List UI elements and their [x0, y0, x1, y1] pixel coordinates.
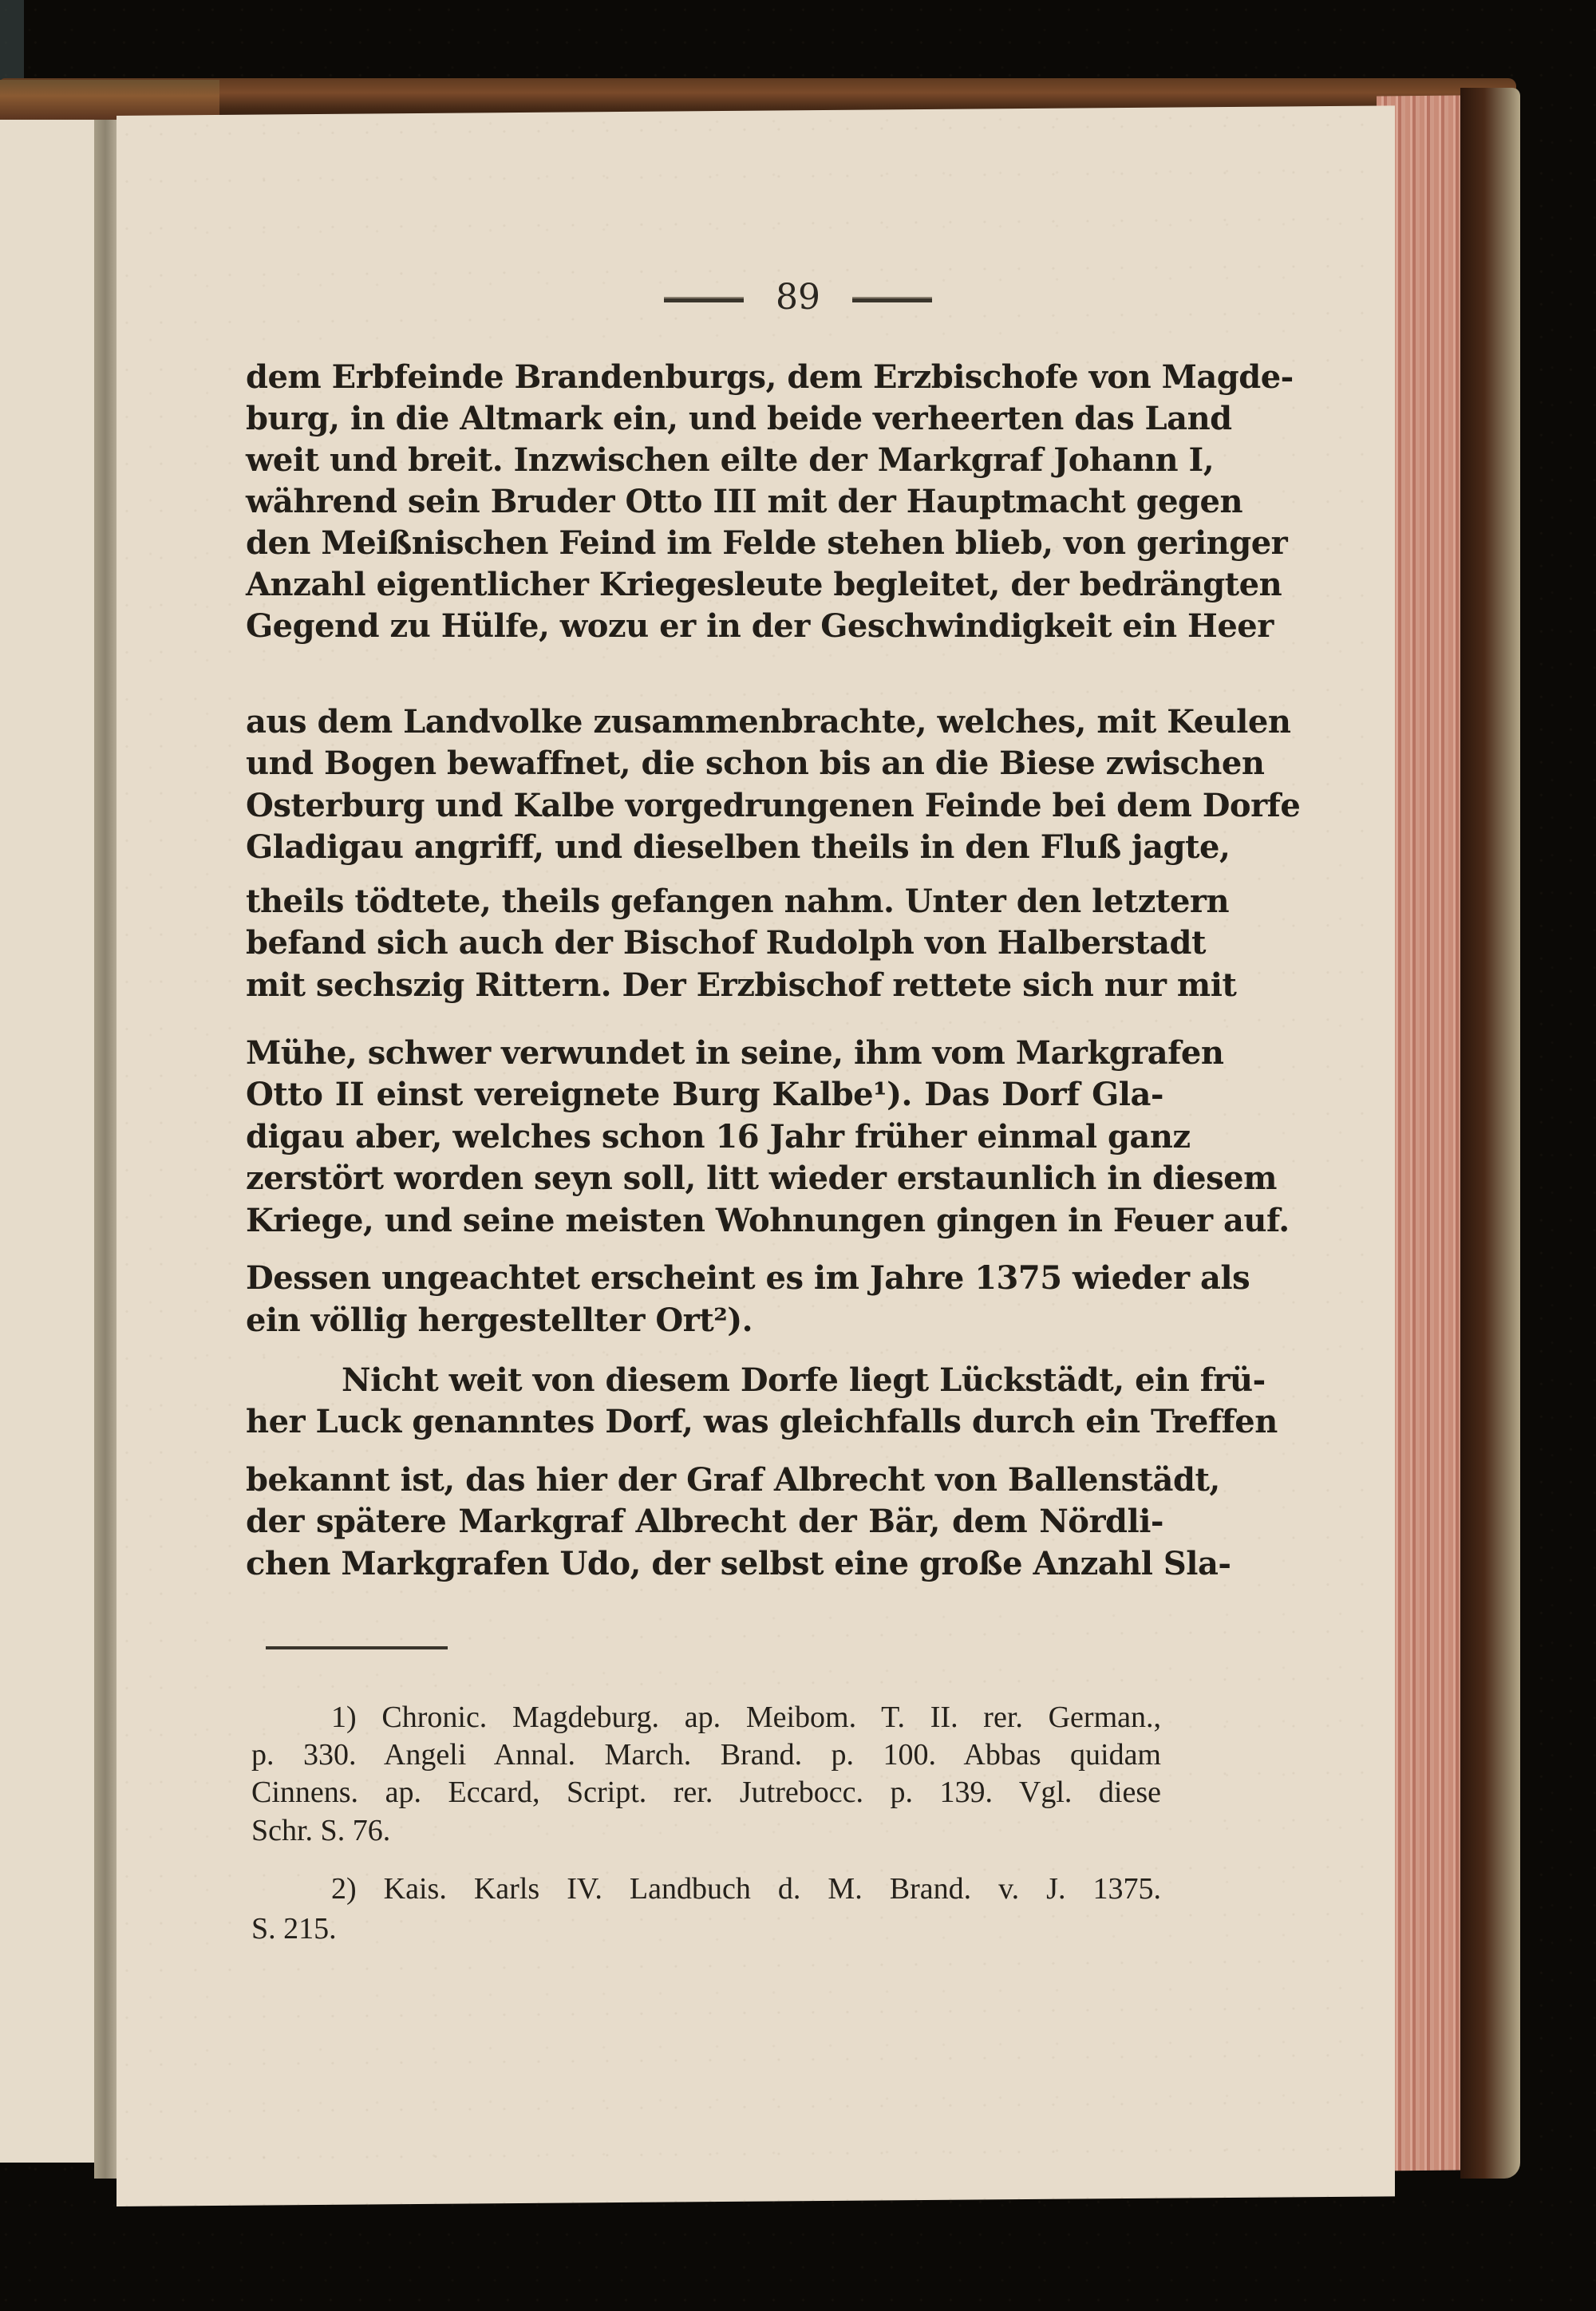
header-rule-right [852, 297, 932, 302]
body-line: Gegend zu Hülfe, wozu er in der Geschwin… [246, 606, 1163, 646]
body-line: während sein Bruder Otto III mit der Hau… [246, 482, 1163, 522]
body-line: zerstört worden seyn soll, litt wieder e… [246, 1159, 1163, 1199]
binding-strip [0, 0, 24, 80]
book-cover-right-edge [1460, 88, 1520, 2179]
page-header: 89 [0, 277, 1596, 318]
page-number: 89 [776, 277, 820, 318]
body-line: Osterburg und Kalbe vorgedrungenen Feind… [246, 786, 1163, 826]
footnote-2-line: S. 215. [251, 1910, 1161, 1948]
book-cover-top-left [0, 80, 219, 120]
body-line: aus dem Landvolke zusammenbrachte, welch… [246, 702, 1163, 742]
footnote-divider [266, 1646, 448, 1649]
header-rule-left [664, 297, 744, 302]
body-line: und Bogen bewaffnet, die schon bis an di… [246, 744, 1163, 784]
body-line: den Meißnischen Feind im Felde stehen bl… [246, 523, 1163, 563]
body-line: Otto II einst vereignete Burg Kalbe¹). D… [246, 1075, 1163, 1115]
body-line: Anzahl eigentlicher Kriegesleute begleit… [246, 565, 1163, 605]
body-line: digau aber, welches schon 16 Jahr früher… [246, 1117, 1163, 1157]
footnote-1-line: 1) Chronic. Magdeburg. ap. Meibom. T. II… [251, 1698, 1161, 1736]
footnote-1-line: Cinnens. ap. Eccard, Script. rer. Jutreb… [251, 1773, 1161, 1811]
body-line-paragraph-start: Nicht weit von diesem Dorfe liegt Lückst… [246, 1361, 1163, 1400]
body-line: der spätere Markgraf Albrecht der Bär, d… [246, 1502, 1163, 1542]
spine-gutter [94, 120, 117, 2179]
body-line: ein völlig hergestellter Ort²). [246, 1301, 1163, 1341]
body-line: chen Markgrafen Udo, der selbst eine gro… [246, 1544, 1163, 1584]
body-line: dem Erbfeinde Brandenburgs, dem Erzbisch… [246, 358, 1163, 397]
body-line: Kriege, und seine meisten Wohnungen ging… [246, 1201, 1163, 1241]
body-line: Dessen ungeachtet erscheint es im Jahre … [246, 1258, 1163, 1298]
footnote-2-line: 2) Kais. Karls IV. Landbuch d. M. Brand.… [251, 1870, 1161, 1908]
body-line: Mühe, schwer verwundet in seine, ihm vom… [246, 1033, 1163, 1073]
body-line: bekannt ist, das hier der Graf Albrecht … [246, 1460, 1163, 1500]
footnote-1-line: p. 330. Angeli Annal. March. Brand. p. 1… [251, 1736, 1161, 1774]
body-line: mit sechszig Rittern. Der Erzbischof ret… [246, 966, 1163, 1005]
body-line: theils tödtete, theils gefangen nahm. Un… [246, 882, 1163, 922]
body-line: befand sich auch der Bischof Rudolph von… [246, 923, 1163, 963]
body-line: Gladigau angriff, und dieselben theils i… [246, 828, 1163, 867]
body-line: her Luck genanntes Dorf, was gleichfalls… [246, 1402, 1163, 1442]
footnote-1-line: Schr. S. 76. [251, 1811, 1161, 1850]
body-line: weit und breit. Inzwischen eilte der Mar… [246, 440, 1163, 480]
body-line: burg, in die Altmark ein, und beide verh… [246, 399, 1163, 439]
